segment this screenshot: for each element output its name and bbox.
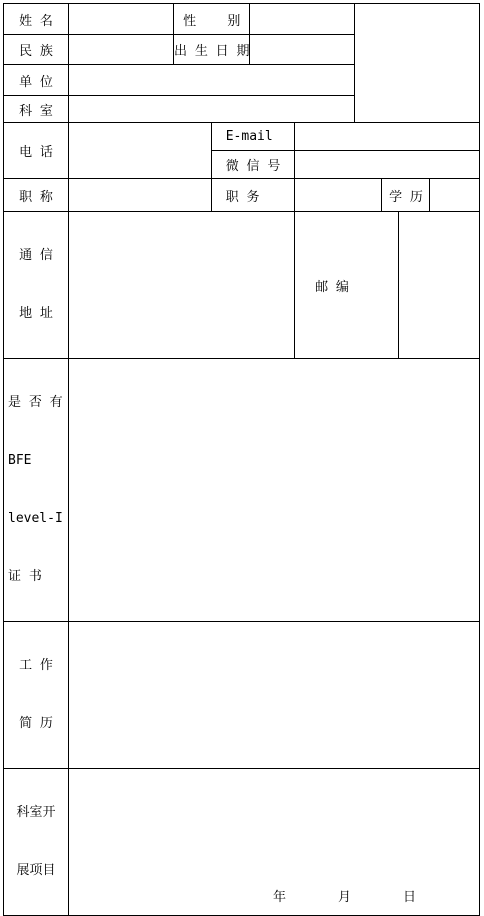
gender-value[interactable] (250, 4, 355, 35)
address-label-line1: 通 信 (4, 242, 68, 270)
registration-form-table: 姓 名 性 别 民 族 出 生 日 期 单 位 科 室 电 话 E-mail 微… (3, 3, 480, 916)
row-phone-email: 电 话 E-mail (4, 123, 480, 151)
wechat-value[interactable] (295, 151, 480, 179)
bfe-certificate-label: 是 否 有 BFE level-I 证 书 (4, 359, 69, 622)
photo-cell[interactable] (355, 4, 480, 123)
bfe-label-line4: 证 书 (8, 563, 68, 591)
name-value[interactable] (69, 4, 174, 35)
row-name-gender: 姓 名 性 别 (4, 4, 480, 35)
work-unit-label: 单 位 (4, 65, 69, 96)
year-label: 年 (273, 886, 286, 905)
department-projects-label-line2: 展项目 (4, 857, 68, 885)
address-label: 通 信 地 址 (4, 212, 69, 359)
name-label: 姓 名 (4, 4, 69, 35)
department-projects-value[interactable]: 年 月 日 (69, 769, 480, 916)
professional-title-label: 职 称 (4, 179, 69, 212)
work-resume-value[interactable] (69, 622, 480, 769)
row-department-projects: 科室开 展项目 年 月 日 (4, 769, 480, 916)
wechat-label: 微 信 号 (211, 151, 295, 179)
month-label: 月 (338, 886, 351, 905)
gender-label: 性 别 (174, 4, 250, 35)
address-value[interactable] (69, 212, 295, 359)
work-unit-value[interactable] (69, 65, 355, 96)
bfe-certificate-value[interactable] (69, 359, 480, 622)
department-label: 科 室 (4, 96, 69, 123)
postcode-value[interactable] (399, 212, 480, 359)
work-resume-label-line1: 工 作 (4, 652, 68, 680)
postcode-label: 邮 编 (295, 212, 399, 359)
birthdate-label: 出 生 日 期 (174, 35, 250, 65)
work-resume-label: 工 作 简 历 (4, 622, 69, 769)
ethnicity-value[interactable] (69, 35, 174, 65)
email-label: E-mail (211, 123, 295, 151)
row-bfe-certificate: 是 否 有 BFE level-I 证 书 (4, 359, 480, 622)
department-projects-label-line1: 科室开 (4, 799, 68, 827)
birthdate-value[interactable] (250, 35, 355, 65)
phone-value[interactable] (69, 123, 212, 179)
bfe-label-line3: level-I (8, 505, 68, 533)
row-work-resume: 工 作 简 历 (4, 622, 480, 769)
professional-title-value[interactable] (69, 179, 212, 212)
ethnicity-label: 民 族 (4, 35, 69, 65)
department-projects-label: 科室开 展项目 (4, 769, 69, 916)
education-value[interactable] (430, 179, 480, 212)
bfe-label-line2: BFE (8, 447, 68, 475)
day-label: 日 (403, 886, 416, 905)
address-label-line2: 地 址 (4, 300, 68, 328)
bfe-label-line1: 是 否 有 (8, 389, 68, 417)
phone-label: 电 话 (4, 123, 69, 179)
position-label: 职 务 (211, 179, 295, 212)
row-address-postcode: 通 信 地 址 邮 编 (4, 212, 480, 359)
row-title-position-education: 职 称 职 务 学 历 (4, 179, 480, 212)
department-value[interactable] (69, 96, 355, 123)
email-value[interactable] (295, 123, 480, 151)
education-label: 学 历 (382, 179, 430, 212)
position-value[interactable] (295, 179, 382, 212)
work-resume-label-line2: 简 历 (4, 710, 68, 738)
